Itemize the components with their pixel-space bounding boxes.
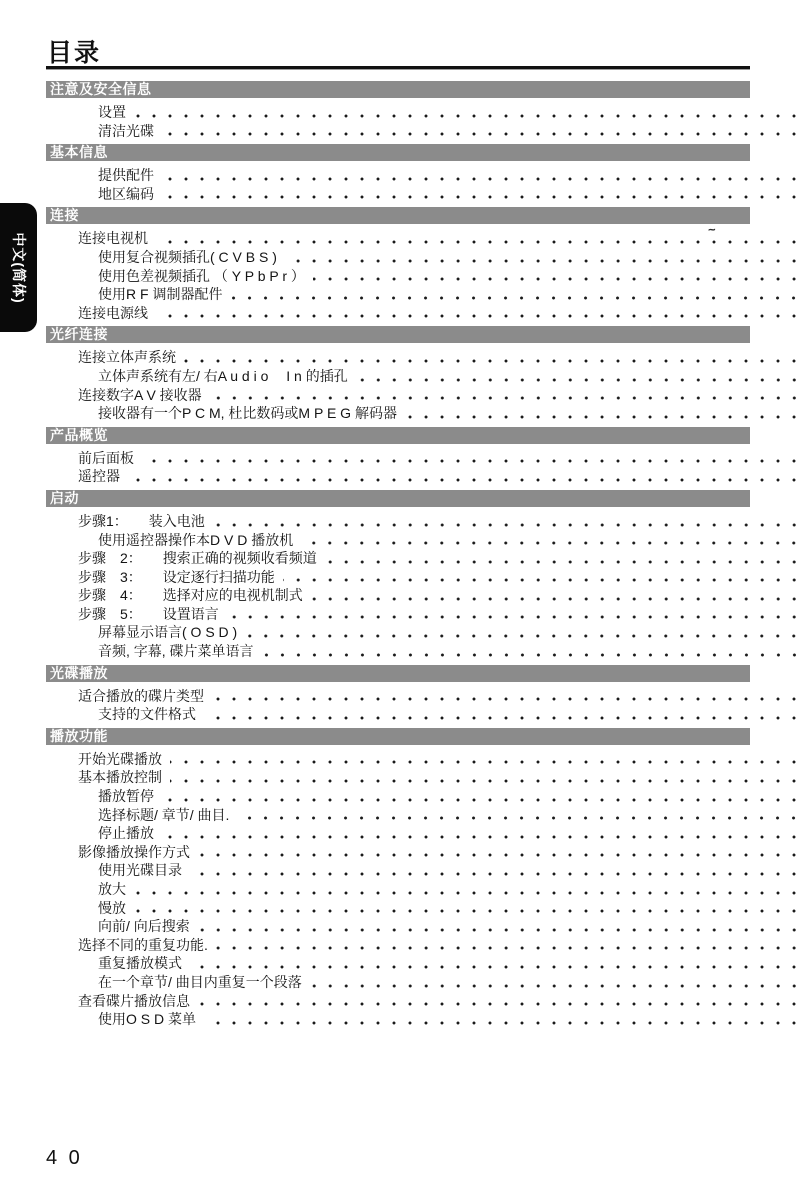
toc-entry: 放大 bbox=[46, 880, 802, 899]
section-heading: 光纤连接 bbox=[50, 326, 108, 343]
toc-entry-label: 连接数字A V 接收器 bbox=[78, 386, 202, 405]
dot-leader bbox=[213, 512, 802, 531]
toc-entry: 清洁光碟 bbox=[46, 122, 802, 141]
dot-leader bbox=[230, 285, 802, 304]
dot-leader bbox=[128, 467, 802, 486]
section-heading: 产品概览 bbox=[50, 427, 108, 444]
dot-leader bbox=[311, 586, 802, 605]
section-heading: 播放功能 bbox=[50, 728, 108, 745]
section-heading: 光碟播放 bbox=[50, 665, 108, 682]
dot-leader bbox=[162, 122, 802, 141]
section-heading: 连接 bbox=[50, 207, 79, 224]
toc-entry: 选择不同的重复功能. bbox=[46, 936, 802, 955]
toc-entry: 连接电源线 bbox=[46, 304, 802, 323]
section-bar: 光碟播放 bbox=[46, 665, 750, 682]
toc-entry: 在一个章节/ 曲目内重复一个段落 bbox=[46, 973, 802, 992]
toc-entry-label: 选择不同的重复功能. bbox=[78, 936, 208, 955]
toc-entry-label: 停止播放 bbox=[98, 824, 154, 843]
dot-leader bbox=[405, 404, 802, 423]
toc-entry: 屏幕显示语言( O S D ) bbox=[46, 623, 802, 642]
section-bar: 光纤连接 bbox=[46, 326, 750, 343]
toc-entry-label: 查看碟片播放信息 bbox=[78, 992, 190, 1011]
dot-leader bbox=[227, 605, 802, 624]
dot-leader bbox=[204, 705, 802, 724]
toc-entry-label: 前后面板 bbox=[78, 449, 134, 468]
toc-entry-label: 播放暂停 bbox=[98, 787, 154, 806]
dot-leader bbox=[198, 992, 802, 1011]
dot-leader bbox=[162, 787, 802, 806]
toc-entry: 基本播放控制 bbox=[46, 768, 802, 787]
dot-leader bbox=[170, 768, 802, 787]
language-tab: 中文(简体) bbox=[0, 203, 37, 332]
dot-leader bbox=[262, 642, 802, 661]
toc-entry: 使用R F 调制器配件 bbox=[46, 285, 802, 304]
dot-leader bbox=[283, 568, 802, 587]
toc-entry: 影像播放操作方式 bbox=[46, 843, 802, 862]
toc-entry: 开始光碟播放 bbox=[46, 750, 802, 769]
toc-entry: 选择标题/ 章节/ 曲目. bbox=[46, 806, 802, 825]
toc-entry: 连接立体声系统 bbox=[46, 348, 802, 367]
toc-entry: 查看碟片播放信息 bbox=[46, 992, 802, 1011]
dot-leader bbox=[162, 824, 802, 843]
toc-entry-label: 使用复合视频插孔( C V B S ) bbox=[98, 248, 277, 267]
toc-entry-label: 基本播放控制 bbox=[78, 768, 162, 787]
toc-entry: 步骤 3： 设定逐行扫描功能 bbox=[46, 568, 802, 587]
toc: 注意及安全信息设置清洁光碟基本信息提供配件地区编码连接连接电视机使用复合视频插孔… bbox=[46, 77, 802, 1029]
dot-leader bbox=[162, 166, 802, 185]
toc-entry: 接收器有一个P C M, 杜比数码或M P E G 解码器 bbox=[46, 404, 802, 423]
dot-leader bbox=[156, 304, 802, 323]
dot-leader bbox=[134, 880, 802, 899]
toc-entry-label: 重复播放模式 bbox=[98, 954, 182, 973]
toc-entry-label: 使用光碟目录 bbox=[98, 861, 182, 880]
dot-leader bbox=[301, 531, 802, 550]
toc-entry-label: 在一个章节/ 曲目内重复一个段落 bbox=[98, 973, 302, 992]
toc-entry-label: 连接电视机 bbox=[78, 229, 148, 248]
toc-entry: 停止播放 bbox=[46, 824, 802, 843]
toc-entry: 地区编码 bbox=[46, 185, 802, 204]
page-number: 4 0 bbox=[46, 1147, 83, 1170]
language-tab-label: 中文(简体) bbox=[9, 232, 29, 303]
section-bar: 产品概览 bbox=[46, 427, 750, 444]
toc-entry-label: 屏幕显示语言( O S D ) bbox=[98, 623, 237, 642]
dot-leader bbox=[134, 103, 802, 122]
toc-entry: 慢放 bbox=[46, 899, 802, 918]
dot-leader bbox=[134, 899, 802, 918]
toc-entry: 立体声系统有左/ 右A u d i o I n 的插孔 bbox=[46, 367, 802, 386]
dot-leader bbox=[204, 1010, 802, 1029]
page-title: 目录 bbox=[47, 33, 101, 69]
toc-entry-label: 选择标题/ 章节/ 曲目. bbox=[98, 806, 229, 825]
toc-entry-label: 开始光碟播放 bbox=[78, 750, 162, 769]
toc-entry: 使用遥控器操作本D V D 播放机 bbox=[46, 531, 802, 550]
dot-leader bbox=[162, 185, 802, 204]
toc-entry-label: 遥控器 bbox=[78, 467, 120, 486]
dot-leader bbox=[198, 917, 802, 936]
toc-entry: 提供配件 bbox=[46, 166, 802, 185]
dot-leader bbox=[210, 386, 802, 405]
section-heading: 启动 bbox=[50, 490, 79, 507]
toc-entry-label: 适合播放的碟片类型 bbox=[78, 687, 204, 706]
dot-leader bbox=[310, 973, 802, 992]
toc-entry-label: 连接电源线 bbox=[78, 304, 148, 323]
toc-entry: 播放暂停 bbox=[46, 787, 802, 806]
toc-entry: 连接电视机 bbox=[46, 229, 802, 248]
section-bar: 启动 bbox=[46, 490, 750, 507]
toc-entry-label: 连接立体声系统 bbox=[78, 348, 176, 367]
toc-entry-label: 放大 bbox=[98, 880, 126, 899]
dot-leader bbox=[356, 367, 802, 386]
dot-leader bbox=[198, 843, 802, 862]
dot-leader bbox=[142, 449, 802, 468]
toc-entry-label: 步骤 3： 设定逐行扫描功能 bbox=[78, 568, 275, 587]
section-heading: 注意及安全信息 bbox=[50, 81, 152, 98]
toc-entry-label: 接收器有一个P C M, 杜比数码或M P E G 解码器 bbox=[98, 404, 397, 423]
toc-entry: 向前/ 向后搜索 bbox=[46, 917, 802, 936]
toc-entry: 支持的文件格式 bbox=[46, 705, 802, 724]
scan-artifact: ~ bbox=[707, 222, 716, 238]
toc-entry: 使用色差视频插孔 （ Y P b P r ） bbox=[46, 267, 802, 286]
toc-entry: 前后面板 bbox=[46, 449, 802, 468]
toc-entry-label: 立体声系统有左/ 右A u d i o I n 的插孔 bbox=[98, 367, 348, 386]
toc-entry: 使用光碟目录 bbox=[46, 861, 802, 880]
toc-entry: 步骤 4： 选择对应的电视机制式 bbox=[46, 586, 802, 605]
toc-entry-label: 清洁光碟 bbox=[98, 122, 154, 141]
dot-leader bbox=[285, 248, 802, 267]
toc-entry-label: 使用遥控器操作本D V D 播放机 bbox=[98, 531, 293, 550]
title-rule bbox=[46, 66, 750, 70]
dot-leader bbox=[184, 348, 802, 367]
section-bar: 基本信息 bbox=[46, 144, 750, 161]
toc-entry-label: 设置 bbox=[98, 103, 126, 122]
dot-leader bbox=[190, 954, 802, 973]
toc-entry: 遥控器 bbox=[46, 467, 802, 486]
dot-leader bbox=[156, 229, 802, 248]
section-bar: 注意及安全信息 bbox=[46, 81, 750, 98]
toc-entry: 适合播放的碟片类型 bbox=[46, 687, 802, 706]
toc-entry-label: 向前/ 向后搜索 bbox=[98, 917, 190, 936]
dot-leader bbox=[313, 267, 802, 286]
toc-entry-label: 步骤 2： 搜索正确的视频收看频道 bbox=[78, 549, 317, 568]
toc-entry-label: 支持的文件格式 bbox=[98, 705, 196, 724]
toc-entry-label: 音频, 字幕, 碟片菜单语言 bbox=[98, 642, 254, 661]
toc-entry: 重复播放模式 bbox=[46, 954, 802, 973]
toc-entry: 步骤 5： 设置语言 bbox=[46, 605, 802, 624]
dot-leader bbox=[212, 687, 802, 706]
toc-entry: 音频, 字幕, 碟片菜单语言 bbox=[46, 642, 802, 661]
dot-leader bbox=[170, 750, 802, 769]
toc-entry: 设置 bbox=[46, 103, 802, 122]
toc-entry: 使用复合视频插孔( C V B S ) bbox=[46, 248, 802, 267]
dot-leader bbox=[190, 861, 802, 880]
toc-entry-label: 提供配件 bbox=[98, 166, 154, 185]
dot-leader bbox=[245, 623, 802, 642]
toc-entry-label: 步骤1： 装入电池 bbox=[78, 512, 205, 531]
toc-entry: 连接数字A V 接收器 bbox=[46, 386, 802, 405]
dot-leader bbox=[216, 936, 802, 955]
toc-entry-label: 步骤 4： 选择对应的电视机制式 bbox=[78, 586, 303, 605]
toc-entry: 步骤1： 装入电池 bbox=[46, 512, 802, 531]
dot-leader bbox=[325, 549, 802, 568]
toc-entry: 使用O S D 菜单 bbox=[46, 1010, 802, 1029]
section-bar: 播放功能 bbox=[46, 728, 750, 745]
toc-entry: 步骤 2： 搜索正确的视频收看频道 bbox=[46, 549, 802, 568]
section-bar: 连接 bbox=[46, 207, 750, 224]
toc-entry-label: 慢放 bbox=[98, 899, 126, 918]
toc-entry-label: 影像播放操作方式 bbox=[78, 843, 190, 862]
toc-entry-label: 步骤 5： 设置语言 bbox=[78, 605, 219, 624]
section-heading: 基本信息 bbox=[50, 144, 108, 161]
toc-entry-label: 地区编码 bbox=[98, 185, 154, 204]
toc-entry-label: 使用R F 调制器配件 bbox=[98, 285, 222, 304]
toc-entry-label: 使用色差视频插孔 （ Y P b P r ） bbox=[98, 267, 305, 286]
toc-entry-label: 使用O S D 菜单 bbox=[98, 1010, 196, 1029]
dot-leader bbox=[237, 806, 802, 825]
